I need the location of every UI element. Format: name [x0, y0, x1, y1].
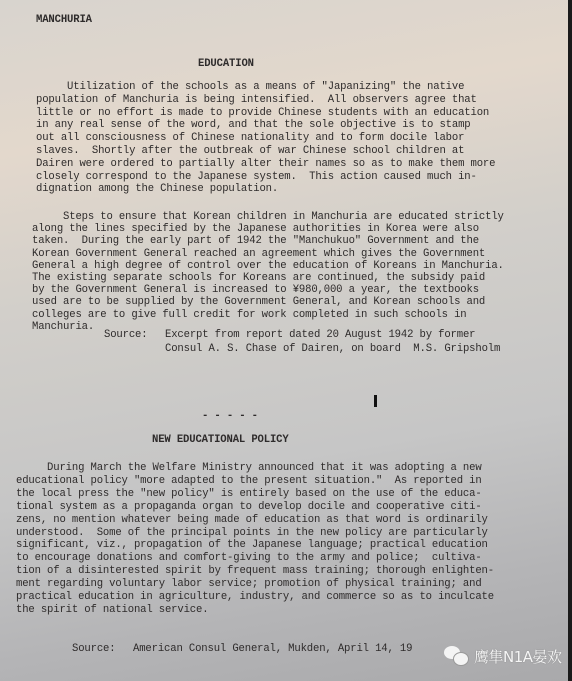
text-line: slaves. Shortly after the outbreak of wa…	[36, 145, 464, 157]
text-line: Manchuria.	[32, 321, 94, 333]
text-line: colleges are to give full credit for wor…	[32, 309, 467, 321]
text-line: dignation among the Chinese population.	[36, 183, 278, 195]
document-page: MANCHURIA EDUCATION Utilization of the s…	[0, 0, 568, 681]
text-line: General a high degree of control over th…	[32, 260, 504, 272]
watermark-text: 鹰隼N1A晏欢	[474, 646, 562, 667]
text-line: significant, viz., propagation of the Ja…	[16, 539, 488, 551]
text-line: educational policy "more adapted to the …	[16, 475, 482, 487]
separator: - - - - -	[202, 410, 258, 422]
source-label-2: Source:	[72, 643, 115, 655]
text-line: Korean Government General reached an agr…	[32, 248, 485, 260]
text-line: Steps to ensure that Korean children in …	[32, 211, 504, 223]
text-line: During March the Welfare Ministry announ…	[16, 462, 482, 474]
text-line: the local press the "new policy" is enti…	[16, 488, 482, 500]
photo-edge	[568, 0, 572, 681]
text-line: by the Government General is increased t…	[32, 284, 479, 296]
text-line: Dairen were ordered to partially alter t…	[36, 158, 495, 170]
text-line: used are to be supplied by the Governmen…	[32, 296, 485, 308]
source-line-1b: Consul A. S. Chase of Dairen, on board M…	[165, 343, 500, 355]
text-line: along the lines specified by the Japanes…	[32, 223, 479, 235]
text-line: zens, no mention whatever being made of …	[16, 514, 488, 526]
text-line: in any real sense of the word, and that …	[36, 119, 471, 131]
region-header: MANCHURIA	[36, 14, 92, 26]
text-line: The existing separate schools for Korean…	[32, 272, 485, 284]
text-line: to encourage donations and comfort-givin…	[16, 552, 482, 564]
section-title-new-policy: NEW EDUCATIONAL POLICY	[152, 434, 289, 446]
text-line: practical education in agriculture, indu…	[16, 591, 494, 603]
text-line: Utilization of the schools as a means of…	[36, 81, 464, 93]
ink-mark	[374, 395, 377, 407]
text-line: population of Manchuria is being intensi…	[36, 94, 477, 106]
text-line: closely correspond to the Japanese syste…	[36, 171, 477, 183]
text-line: taken. During the early part of 1942 the…	[32, 235, 479, 247]
text-line: out all consciousness of Chinese nationa…	[36, 132, 464, 144]
source-line-1a: Excerpt from report dated 20 August 1942…	[165, 329, 475, 341]
source-line-2: American Consul General, Mukden, April 1…	[133, 643, 412, 655]
text-line: little or no effort is made to provide C…	[36, 107, 489, 119]
section-title-education: EDUCATION	[198, 58, 254, 70]
wechat-icon	[442, 645, 470, 667]
text-line: tion of a disinterested spirit by freque…	[16, 565, 494, 577]
text-line: the spirit of national service.	[16, 604, 208, 616]
watermark: 鹰隼N1A晏欢	[442, 645, 562, 667]
text-line: tional system as a propaganda organ to d…	[16, 501, 482, 513]
source-label-1: Source:	[104, 329, 147, 341]
text-line: ment regarding voluntary labor service; …	[16, 578, 482, 590]
text-line: understood. Some of the principal points…	[16, 527, 488, 539]
